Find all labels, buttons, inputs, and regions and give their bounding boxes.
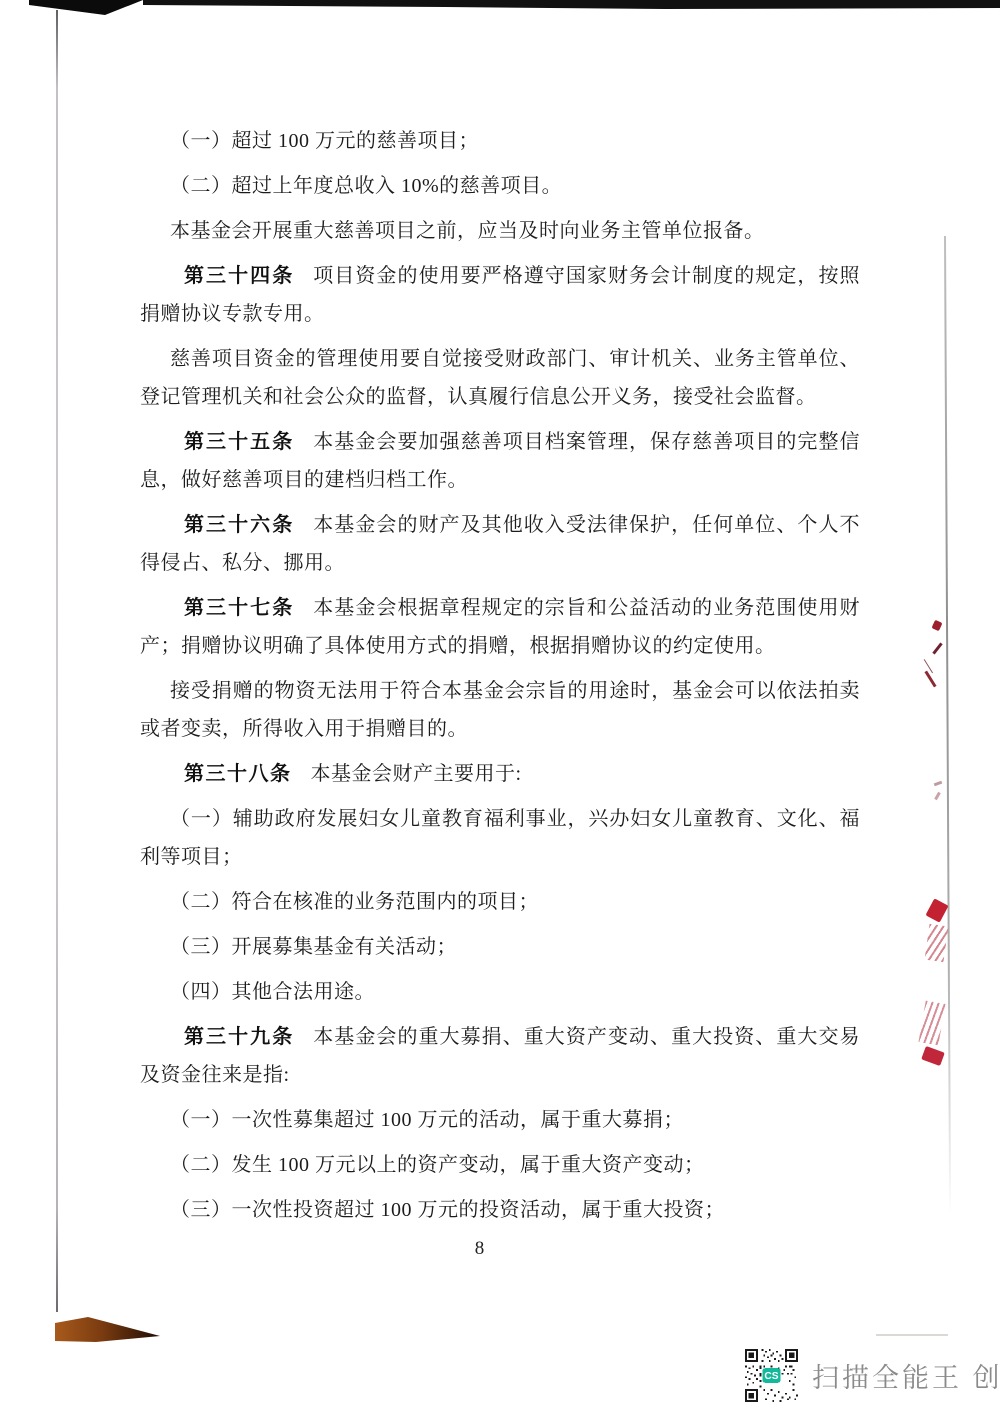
stamp-fragment	[932, 780, 944, 802]
stamp-fragment	[925, 901, 949, 963]
body-paragraph: 本基金会开展重大慈善项目之前，应当及时向业务主管单位报备。	[140, 212, 860, 250]
clause-text: （一）辅助政府发展妇女儿童教育福利事业，兴办妇女儿童教育、文化、福利等项目；	[140, 808, 860, 868]
stamp-fragment	[919, 1002, 947, 1066]
clause-text: （二）符合在核准的业务范围内的项目；	[170, 891, 539, 913]
clause-text: （二）超过上年度总收入 10%的慈善项目。	[170, 175, 562, 197]
article-paragraph: 第三十九条本基金会的重大募捐、重大资产变动、重大投资、重大交易及资金往来是指:	[140, 1018, 860, 1094]
clause-item: （一）辅助政府发展妇女儿童教育福利事业，兴办妇女儿童教育、文化、福利等项目；	[140, 800, 860, 876]
article-number: 第三十八条	[184, 763, 292, 785]
stamp-fragment	[927, 640, 943, 702]
svg-text:CS: CS	[764, 1371, 778, 1382]
clause-text: （四）其他合法用途。	[170, 981, 375, 1003]
article-paragraph: 第三十五条本基金会要加强慈善项目档案管理，保存慈善项目的完整信息，做好慈善项目的…	[140, 423, 860, 499]
article-paragraph: 第三十八条本基金会财产主要用于:	[140, 755, 860, 793]
clause-item: （三）一次性投资超过 100 万元的投资活动，属于重大投资；	[140, 1191, 860, 1229]
paragraph-text: 慈善项目资金的管理使用要自觉接受财政部门、审计机关、业务主管单位、登记管理机关和…	[140, 348, 860, 408]
body-paragraph: 接受捐赠的物资无法用于符合本基金会宗旨的用途时，基金会可以依法拍卖或者变卖，所得…	[140, 672, 860, 748]
article-paragraph: 第三十七条本基金会根据章程规定的宗旨和公益活动的业务范围使用财产；捐赠协议明确了…	[140, 589, 860, 665]
article-number: 第三十四条	[184, 265, 294, 287]
body-paragraph: 慈善项目资金的管理使用要自觉接受财政部门、审计机关、业务主管单位、登记管理机关和…	[140, 340, 860, 416]
qr-code-icon: CS	[745, 1349, 798, 1402]
clause-text: （一）超过 100 万元的慈善项目；	[170, 130, 479, 152]
article-number: 第三十九条	[184, 1026, 294, 1048]
page-edge-line-left	[56, 10, 58, 1312]
clause-item: （二）符合在核准的业务范围内的项目；	[140, 883, 860, 921]
desk-corner-wedge	[54, 1317, 166, 1345]
clause-text: （二）发生 100 万元以上的资产变动，属于重大资产变动；	[170, 1154, 705, 1176]
scan-artifact-top-edge	[25, 0, 1000, 22]
page-edge-line-right	[944, 236, 951, 1214]
article-number: 第三十七条	[184, 597, 294, 619]
clause-text: （三）一次性投资超过 100 万元的投资活动，属于重大投资；	[170, 1199, 725, 1221]
clause-item: （一）超过 100 万元的慈善项目；	[140, 122, 860, 160]
paragraph-text: 接受捐赠的物资无法用于符合本基金会宗旨的用途时，基金会可以依法拍卖或者变卖，所得…	[140, 680, 860, 740]
stamp-fragment	[931, 620, 942, 632]
clause-item: （三）开展募集基金有关活动；	[140, 928, 860, 966]
article-number: 第三十六条	[184, 514, 294, 536]
clause-item: （四）其他合法用途。	[140, 973, 860, 1011]
clause-text: （一）一次性募集超过 100 万元的活动，属于重大募捐；	[170, 1109, 684, 1131]
page-number: 8	[140, 1238, 820, 1260]
article-paragraph: 第三十六条本基金会的财产及其他收入受法律保护，任何单位、个人不得侵占、私分、挪用…	[140, 506, 860, 582]
camscanner-watermark: CS 扫描全能王 创建	[745, 1349, 1000, 1402]
article-number: 第三十五条	[184, 431, 294, 453]
document-body: （一）超过 100 万元的慈善项目； （二）超过上年度总收入 10%的慈善项目。…	[140, 122, 860, 1236]
paragraph-text: 本基金会开展重大慈善项目之前，应当及时向业务主管单位报备。	[170, 220, 765, 242]
scanned-document-page: （一）超过 100 万元的慈善项目； （二）超过上年度总收入 10%的慈善项目。…	[0, 0, 1000, 1415]
clause-text: （三）开展募集基金有关活动；	[170, 936, 457, 958]
clause-item: （二）发生 100 万元以上的资产变动，属于重大资产变动；	[140, 1146, 860, 1184]
clause-item: （一）一次性募集超过 100 万元的活动，属于重大募捐；	[140, 1101, 860, 1139]
article-text: 本基金会财产主要用于:	[311, 763, 522, 785]
article-paragraph: 第三十四条项目资金的使用要严格遵守国家财务会计制度的规定，按照捐赠协议专款专用。	[140, 257, 860, 333]
clause-item: （二）超过上年度总收入 10%的慈善项目。	[140, 167, 860, 205]
watermark-label: 扫描全能王 创建	[812, 1356, 1000, 1395]
page-edge-line-bottom	[876, 1334, 948, 1336]
